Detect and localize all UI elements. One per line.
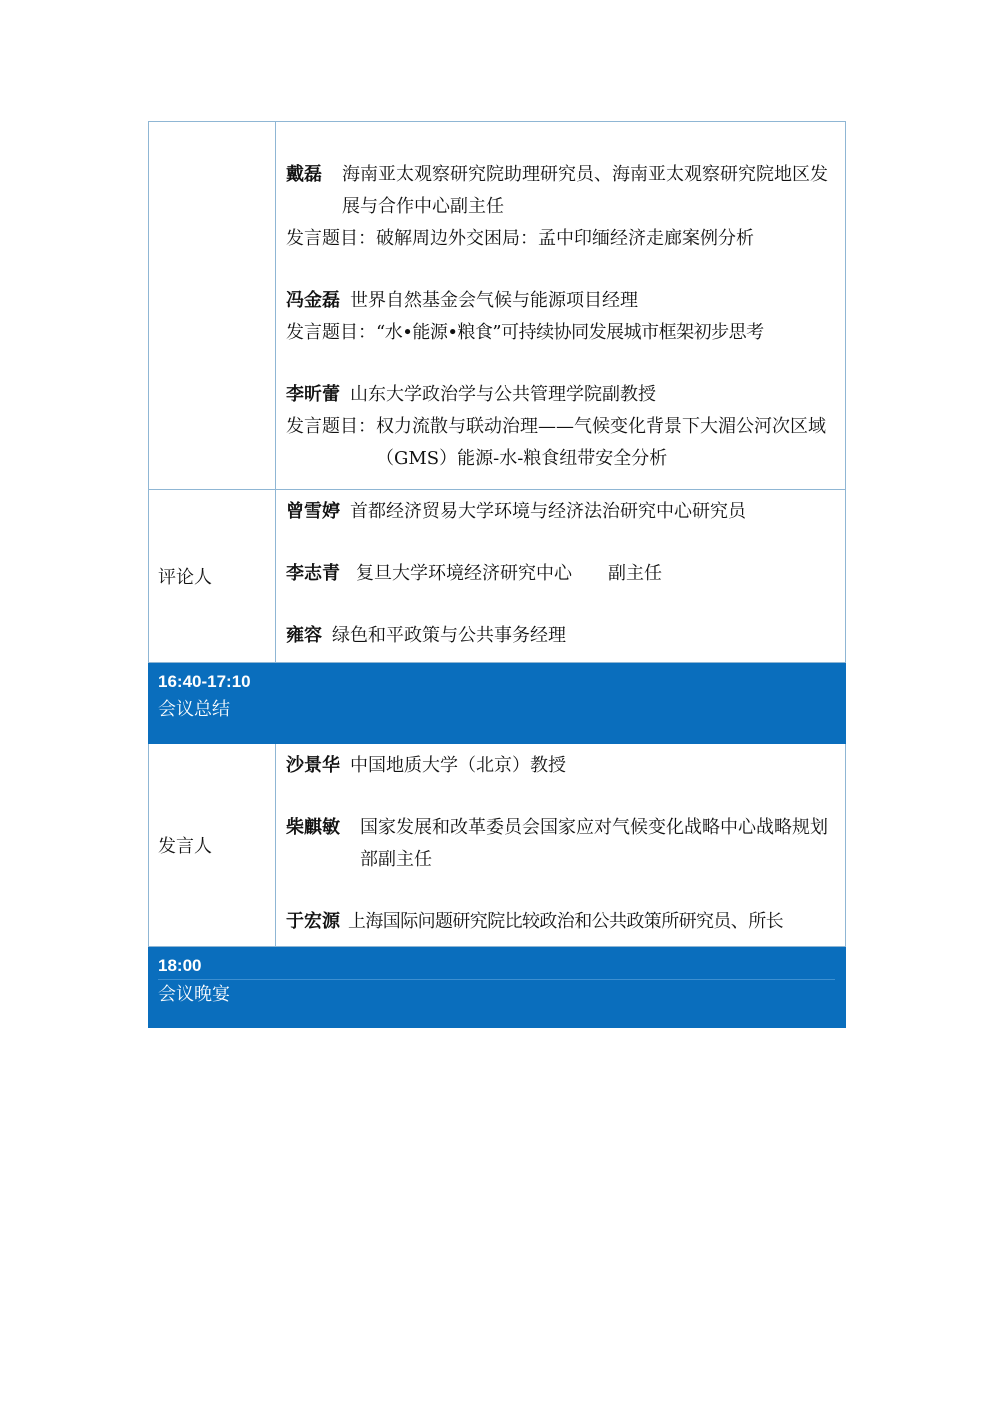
topic-text: “水•能源•粮食”可持续协同发展城市框架初步思考 [376,317,764,349]
panel-speakers-cell: 戴磊 海南亚太观察研究院助理研究员、海南亚太观察研究院地区发展与合作中心副主任 … [276,122,846,490]
speaker-name: 冯金磊 [286,285,340,317]
role-label: 评论人 [149,490,276,663]
speaker-entry: 于宏源 上海国际问题研究院比较政治和公共政策所研究员、所长 [286,906,839,938]
speaker-entry: 冯金磊 世界自然基金会气候与能源项目经理 [286,285,839,317]
commentator-name: 李志青 [286,558,340,590]
speaker-topic: 发言题目： 破解周边外交困局：孟中印缅经济走廊案例分析 [286,223,839,255]
speaker-name: 李昕蕾 [286,379,340,411]
commentator-affiliation: 首都经济贸易大学环境与经济法治研究中心研究员 [350,496,746,528]
session-title: 会议总结 [158,695,835,725]
commentator-entry: 李志青 复旦大学环境经济研究中心 副主任 [286,558,839,590]
speaker-entry: 戴磊 海南亚太观察研究院助理研究员、海南亚太观察研究院地区发展与合作中心副主任 [286,159,839,223]
commentators-row: 评论人 曾雪婷 首都经济贸易大学环境与经济法治研究中心研究员 李志青 复旦大学环… [149,490,846,663]
speaker-affiliation: 世界自然基金会气候与能源项目经理 [350,285,638,317]
speaker-name: 沙景华 [286,750,340,782]
commentator-name: 曾雪婷 [286,496,340,528]
speaker-affiliation: 中国地质大学（北京）教授 [350,750,566,782]
topic-text: 破解周边外交困局：孟中印缅经济走廊案例分析 [376,223,754,255]
commentators-cell: 曾雪婷 首都经济贸易大学环境与经济法治研究中心研究员 李志青 复旦大学环境经济研… [276,490,846,663]
speaker-topic: 发言题目： “水•能源•粮食”可持续协同发展城市框架初步思考 [286,317,839,349]
document-page: 戴磊 海南亚太观察研究院助理研究员、海南亚太观察研究院地区发展与合作中心副主任 … [0,0,992,1403]
commentator-entry: 曾雪婷 首都经济贸易大学环境与经济法治研究中心研究员 [286,496,839,528]
agenda-table: 戴磊 海南亚太观察研究院助理研究员、海南亚太观察研究院地区发展与合作中心副主任 … [148,121,846,1028]
speaker-entry: 柴麒敏 国家发展和改革委员会国家应对气候变化战略中心战略规划部副主任 [286,812,839,876]
session-summary-cell: 16:40-17:10 会议总结 [149,663,846,744]
speaker-affiliation: 上海国际问题研究院比较政治和公共政策所研究员、所长 [348,906,783,938]
session-time: 16:40-17:10 [158,669,835,695]
topic-text: 权力流散与联动治理——气候变化背景下大湄公河次区域（GMS）能源-水-粮食纽带安… [376,411,839,475]
dinner-time: 18:00 [158,953,835,979]
speaker-affiliation: 海南亚太观察研究院助理研究员、海南亚太观察研究院地区发展与合作中心副主任 [342,159,839,223]
role-cell-empty [149,122,276,490]
commentator-name: 雍容 [286,620,322,652]
summary-speakers-row: 发言人 沙景华 中国地质大学（北京）教授 柴麒敏 国家发展和改革委员会国家应对气… [149,744,846,947]
speaker-affiliation: 国家发展和改革委员会国家应对气候变化战略中心战略规划部副主任 [360,812,839,876]
speaker-name: 戴磊 [286,159,322,223]
speaker-topic: 发言题目： 权力流散与联动治理——气候变化背景下大湄公河次区域（GMS）能源-水… [286,411,839,475]
topic-label: 发言题目： [286,317,376,349]
speaker-name: 于宏源 [286,906,340,938]
topic-label: 发言题目： [286,223,376,255]
role-label: 发言人 [149,744,276,947]
commentator-affiliation: 绿色和平政策与公共事务经理 [332,620,566,652]
dinner-band: 18:00 会议晚宴 [149,947,846,1028]
summary-speakers-cell: 沙景华 中国地质大学（北京）教授 柴麒敏 国家发展和改革委员会国家应对气候变化战… [276,744,846,947]
dinner-title: 会议晚宴 [158,979,835,1010]
speaker-affiliation: 山东大学政治学与公共管理学院副教授 [350,379,656,411]
dinner-cell: 18:00 会议晚宴 [149,947,846,1028]
panel-speakers-row: 戴磊 海南亚太观察研究院助理研究员、海南亚太观察研究院地区发展与合作中心副主任 … [149,122,846,490]
topic-label: 发言题目： [286,411,376,475]
speaker-name: 柴麒敏 [286,812,340,876]
session-summary-band: 16:40-17:10 会议总结 [149,663,846,744]
speaker-entry: 沙景华 中国地质大学（北京）教授 [286,750,839,782]
commentator-affiliation: 复旦大学环境经济研究中心 副主任 [356,558,662,590]
speaker-entry: 李昕蕾 山东大学政治学与公共管理学院副教授 [286,379,839,411]
commentator-entry: 雍容 绿色和平政策与公共事务经理 [286,620,839,652]
